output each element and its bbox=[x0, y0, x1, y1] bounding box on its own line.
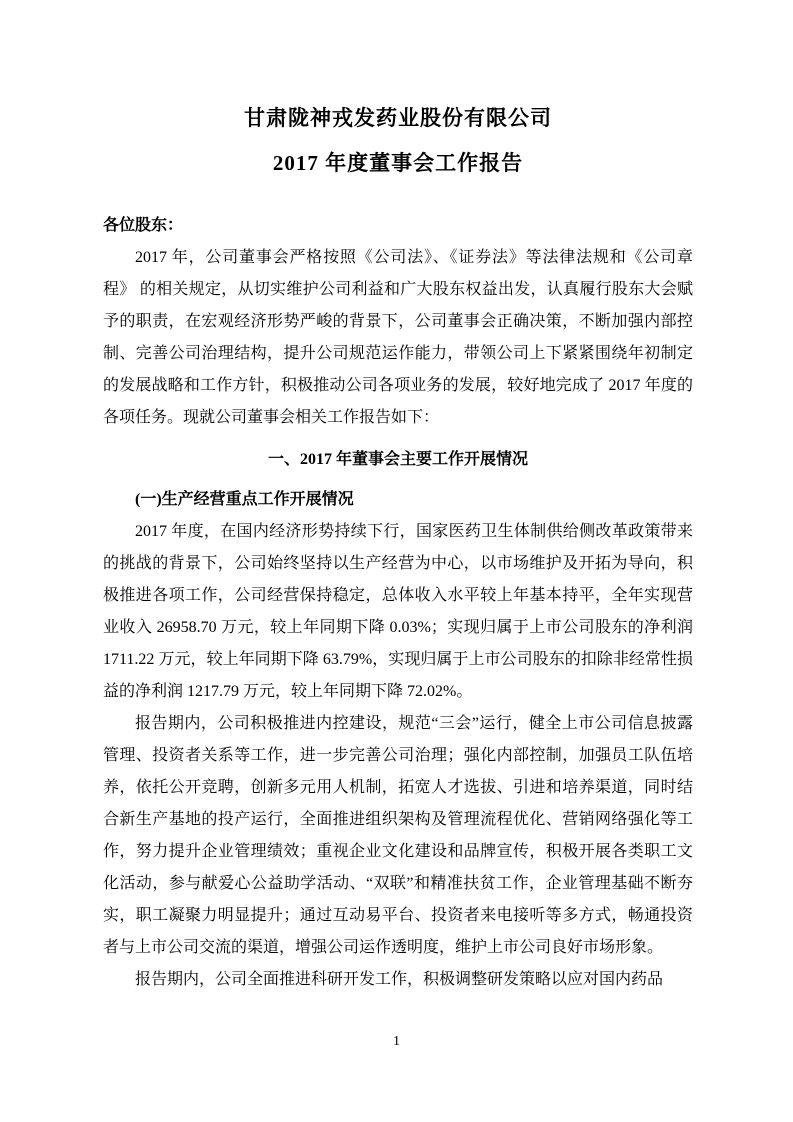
document-title-company: 甘肃陇神戎发药业股份有限公司 bbox=[103, 96, 693, 141]
intro-paragraph: 2017 年，公司董事会严格按照《公司法》、《证券法》等法律法规和《公司章程》 … bbox=[103, 242, 693, 434]
page-number: 1 bbox=[0, 1032, 793, 1052]
document-page: 甘肃陇神戎发药业股份有限公司 2017 年度董事会工作报告 各位股东： 2017… bbox=[0, 0, 793, 1122]
document-title-report: 2017 年度董事会工作报告 bbox=[103, 141, 693, 186]
subsection-heading-1-1: (一)生产经营重点工作开展情况 bbox=[103, 484, 693, 516]
paragraph-research: 报告期内，公司全面推进科研开发工作，积极调整研发策略以应对国内药品 bbox=[103, 964, 693, 996]
paragraph-operations: 2017 年度，在国内经济形势持续下行，国家医药卫生体制供给侧改革政策带来的挑战… bbox=[103, 516, 693, 708]
salutation: 各位股东： bbox=[103, 210, 693, 242]
paragraph-governance: 报告期内，公司积极推进内控建设，规范“三会”运行，健全上市公司信息披露管理、投资… bbox=[103, 708, 693, 964]
section-heading-1: 一、2017 年董事会主要工作开展情况 bbox=[103, 444, 693, 476]
